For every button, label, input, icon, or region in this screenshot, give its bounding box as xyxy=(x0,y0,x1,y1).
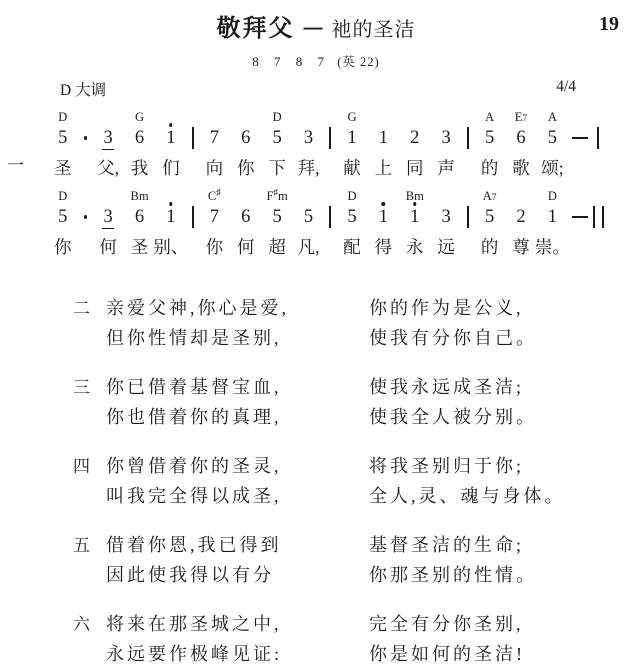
note-cell: E76歌 xyxy=(505,110,536,180)
verse-line: 使我永远成圣洁; xyxy=(369,372,632,402)
verses-section: 二亲爱父神,你心是爱,但你性情却是圣别,你的作为是公义,使我有分你自己。三你已借… xyxy=(73,293,632,668)
note-digit: 5 xyxy=(57,206,68,228)
note-digit: 3 xyxy=(102,206,113,229)
lyric-syllable: 的 xyxy=(481,229,499,259)
chord-label: A xyxy=(548,110,557,126)
note-digit: 3 xyxy=(441,206,452,228)
note-digit: 5 xyxy=(346,206,357,228)
verse-line: 使我有分你自己。 xyxy=(369,323,632,353)
meter-reference: (英 22) xyxy=(337,55,379,69)
chord-label: D xyxy=(548,189,557,205)
hymn-title: 敬拜父—祂的圣洁 xyxy=(0,8,632,43)
note-row: 6 xyxy=(240,126,251,150)
verse-number: 四 xyxy=(73,451,106,511)
barline xyxy=(329,127,331,149)
chord-label: A7 xyxy=(483,189,497,205)
note-cell: A75的 xyxy=(474,189,505,259)
note-row: 6 xyxy=(240,205,251,229)
score-line: D5你3何Bm6圣1别、C♯7你6何F♯m5超5凡,D5配1得Bm1永3远A75… xyxy=(47,189,604,259)
key-signature: D 大调 xyxy=(60,78,106,100)
chord-label: D xyxy=(347,189,356,205)
lyric-syllable: 颂; xyxy=(541,150,563,180)
meter: 8 7 8 7 xyxy=(252,54,330,69)
verse-line: 将我圣别归于你; xyxy=(369,451,632,481)
chord-label: Bm xyxy=(130,189,148,205)
note-cell: 6你 xyxy=(230,110,261,180)
note-digit: 1 xyxy=(409,206,420,228)
note-cell: A5颂; xyxy=(537,110,568,180)
held-note-cell xyxy=(568,189,592,259)
note-cell: G6我 xyxy=(124,110,155,180)
lyric-syllable: 你 xyxy=(54,229,72,259)
note-cell: 7向 xyxy=(199,110,230,180)
lyric-syllable: 何 xyxy=(99,229,117,259)
barline xyxy=(192,206,194,228)
verse-block: 四你曾借着你的圣灵,叫我完全得以成圣,将我圣别归于你;全人,灵、魂与身体。 xyxy=(73,451,632,511)
note-cell: D5你 xyxy=(47,189,78,259)
note-row xyxy=(597,126,599,150)
verse-left-column: 你已借着基督宝血,你也借着你的真理, xyxy=(106,372,369,432)
note-row: 5 xyxy=(272,205,283,229)
note-cell: D5下 xyxy=(261,110,292,180)
lyric-syllable: 的 xyxy=(481,150,499,180)
octave-dot xyxy=(169,123,173,127)
note-row xyxy=(593,205,604,229)
barline xyxy=(467,206,469,228)
barline-cell xyxy=(462,110,474,180)
barline-cell xyxy=(592,189,604,259)
note-row: 3 xyxy=(441,205,452,229)
lyric-syllable: 配 xyxy=(343,229,361,259)
barline-cell xyxy=(187,189,199,259)
verse-line: 全人,灵、魂与身体。 xyxy=(369,481,632,511)
note-digit: 5 xyxy=(272,206,283,228)
note-row: 6 xyxy=(134,126,145,150)
chord-label: F♯m xyxy=(267,189,288,205)
verse-line: 你已借着基督宝血, xyxy=(106,372,369,402)
verse-left-column: 借着你恩,我已得到因此使我得以有分 xyxy=(106,530,369,590)
note-digit: 6 xyxy=(134,127,145,149)
lyric-syllable: 我 xyxy=(131,150,149,180)
verse-block: 五借着你恩,我已得到因此使我得以有分基督圣洁的生命;你那圣别的性情。 xyxy=(73,530,632,590)
meter-line: 8 7 8 7 (英 22) xyxy=(0,52,632,70)
barline xyxy=(467,127,469,149)
time-signature: 4/4 xyxy=(556,78,576,100)
note-row: 5 xyxy=(303,205,314,229)
note-digit: 1 xyxy=(378,127,389,149)
verse-line: 借着你恩,我已得到 xyxy=(106,530,369,560)
note-cell: Bm1永 xyxy=(399,189,430,259)
note-cell: 2同 xyxy=(399,110,430,180)
chord-label: D xyxy=(58,110,67,126)
note-cell: 1得 xyxy=(368,189,399,259)
verse-line: 你的作为是公义, xyxy=(369,293,632,323)
note-digit: 5 xyxy=(303,206,314,228)
key-time-line: D 大调 4/4 xyxy=(60,78,576,100)
augmentation-dot-cell xyxy=(78,110,92,180)
note-digit: 5 xyxy=(547,127,558,149)
note-row: 5 xyxy=(272,126,283,150)
verse-line: 但你性情却是圣别, xyxy=(106,323,369,353)
title-dash: — xyxy=(304,18,323,39)
note-cell: 3远 xyxy=(430,189,461,259)
lyric-syllable: 得 xyxy=(375,229,393,259)
verse-right-column: 基督圣洁的生命;你那圣别的性情。 xyxy=(369,530,632,590)
verse-block: 二亲爱父神,你心是爱,但你性情却是圣别,你的作为是公义,使我有分你自己。 xyxy=(73,293,632,353)
verse-number: 五 xyxy=(73,530,106,590)
hymn-title-main: 敬拜父 xyxy=(217,15,295,42)
lyric-syllable: 上 xyxy=(375,150,393,180)
note-row: 2 xyxy=(409,126,420,150)
augmentation-dot-cell xyxy=(78,189,92,259)
held-note-cell xyxy=(568,110,592,180)
lyric-syllable: 超 xyxy=(268,229,286,259)
note-digit: 6 xyxy=(240,206,251,228)
octave-dot xyxy=(382,202,386,206)
note-digit: 5 xyxy=(484,127,495,149)
note-digit: 2 xyxy=(515,206,526,228)
verse-line: 使我全人被分别。 xyxy=(369,402,632,432)
note-row: 6 xyxy=(134,205,145,229)
note-digit: 1 xyxy=(165,127,176,149)
barline xyxy=(192,127,194,149)
note-digit: 5 xyxy=(484,206,495,228)
note-cell: 1上 xyxy=(368,110,399,180)
note-row: 5 xyxy=(484,126,495,150)
lyric-syllable: 别、 xyxy=(153,229,188,259)
verse-line: 因此使我得以有分 xyxy=(106,560,369,590)
chord-label: E7 xyxy=(515,110,527,126)
note-digit: 5 xyxy=(57,127,68,149)
note-cell: 1别、 xyxy=(155,189,186,259)
barline-cell xyxy=(324,110,336,180)
note-row: 5 xyxy=(57,205,68,229)
chord-label: D xyxy=(273,110,282,126)
note-row: 3 xyxy=(102,126,113,150)
note-row xyxy=(329,126,331,150)
final-double-barline xyxy=(593,206,604,228)
hymn-sheet: 19 敬拜父—祂的圣洁 8 7 8 7 (英 22) D 大调 4/4 一D5圣… xyxy=(0,8,632,668)
lyric-syllable: 永 xyxy=(406,229,424,259)
lyric-syllable: 同 xyxy=(406,150,424,180)
note-cell: 6何 xyxy=(230,189,261,259)
music-score: 一D5圣3父,G6我1们7向6你D5下3拜,G1献1上2同3声A5的E76歌A5… xyxy=(47,110,604,259)
lyric-syllable: 下 xyxy=(268,150,286,180)
note-row: 3 xyxy=(102,205,113,229)
lyric-syllable: 向 xyxy=(206,150,224,180)
verse-number: 二 xyxy=(73,293,106,353)
note-row: 3 xyxy=(303,126,314,150)
score-line: 一D5圣3父,G6我1们7向6你D5下3拜,G1献1上2同3声A5的E76歌A5… xyxy=(47,110,604,180)
note-cell: D1崇。 xyxy=(537,189,568,259)
verse-block: 三你已借着基督宝血,你也借着你的真理,使我永远成圣洁;使我全人被分别。 xyxy=(73,372,632,432)
lyric-syllable: 们 xyxy=(162,150,180,180)
note-row: 2 xyxy=(515,205,526,229)
note-row xyxy=(572,126,588,150)
note-cell: 3拜, xyxy=(293,110,324,180)
barline xyxy=(329,206,331,228)
verse-number: 六 xyxy=(73,609,106,668)
note-digit: 7 xyxy=(209,206,220,228)
lyric-syllable: 尊 xyxy=(512,229,530,259)
note-digit: 6 xyxy=(240,127,251,149)
note-row xyxy=(84,205,88,229)
chord-label: A xyxy=(485,110,494,126)
verse-line: 基督圣洁的生命; xyxy=(369,530,632,560)
note-digit: 1 xyxy=(378,206,389,228)
note-digit: 2 xyxy=(409,127,420,149)
lyric-syllable: 圣 xyxy=(131,229,149,259)
verse-left-column: 亲爱父神,你心是爱,但你性情却是圣别, xyxy=(106,293,369,353)
note-row: 1 xyxy=(378,126,389,150)
verse-line: 你那圣别的性情。 xyxy=(369,560,632,590)
note-row: 3 xyxy=(441,126,452,150)
verse-line: 叫我完全得以成圣, xyxy=(106,481,369,511)
verse-number: 三 xyxy=(73,372,106,432)
note-row: 1 xyxy=(165,126,176,150)
verse-right-column: 将我圣别归于你;全人,灵、魂与身体。 xyxy=(369,451,632,511)
note-row: 5 xyxy=(484,205,495,229)
barline-cell xyxy=(462,189,474,259)
note-cell: 3何 xyxy=(92,189,123,259)
note-digit: 3 xyxy=(303,127,314,149)
note-row: 1 xyxy=(409,205,420,229)
barline-cell xyxy=(592,110,604,180)
lyric-syllable: 父, xyxy=(97,150,119,180)
lyric-syllable: 拜, xyxy=(298,150,320,180)
verse-right-column: 完全有分你圣别,你是如何的圣洁! xyxy=(369,609,632,668)
note-digit: 7 xyxy=(209,127,220,149)
lyric-syllable: 声 xyxy=(437,150,455,180)
chord-label: C♯ xyxy=(208,189,221,205)
verse-left-column: 你曾借着你的圣灵,叫我完全得以成圣, xyxy=(106,451,369,511)
note-row: 5 xyxy=(346,205,357,229)
verse-line: 完全有分你圣别, xyxy=(369,609,632,639)
note-row: 5 xyxy=(547,126,558,150)
octave-dot xyxy=(169,202,173,206)
note-digit: 3 xyxy=(441,127,452,149)
augmentation-dot xyxy=(84,136,88,140)
note-row xyxy=(192,126,194,150)
lyric-syllable: 你 xyxy=(206,229,224,259)
lyric-syllable: 何 xyxy=(237,229,255,259)
note-digit: 3 xyxy=(102,127,113,150)
lyric-syllable: 献 xyxy=(343,150,361,180)
note-row: 6 xyxy=(515,126,526,150)
chord-label: G xyxy=(347,110,356,126)
note-row: 7 xyxy=(209,205,220,229)
note-cell: G1献 xyxy=(336,110,367,180)
lyric-syllable: 圣 xyxy=(54,150,72,180)
note-row: 1 xyxy=(378,205,389,229)
verse-line: 你是如何的圣洁! xyxy=(369,639,632,668)
verse-number-marker: 一 xyxy=(7,151,24,176)
page-number: 19 xyxy=(599,13,619,36)
verse-line: 永远要作极峰见证: xyxy=(106,639,369,668)
verse-right-column: 你的作为是公义,使我有分你自己。 xyxy=(369,293,632,353)
note-digit: 6 xyxy=(515,127,526,149)
hymn-title-subtitle: 祂的圣洁 xyxy=(332,19,416,41)
note-cell: F♯m5超 xyxy=(261,189,292,259)
note-cell: 3声 xyxy=(430,110,461,180)
verse-line: 将来在那圣城之中, xyxy=(106,609,369,639)
lyric-syllable: 凡, xyxy=(298,229,320,259)
note-cell: A5的 xyxy=(474,110,505,180)
verse-line: 亲爱父神,你心是爱, xyxy=(106,293,369,323)
lyric-syllable: 歌 xyxy=(512,150,530,180)
verse-line: 你曾借着你的圣灵, xyxy=(106,451,369,481)
barline-cell xyxy=(324,189,336,259)
barline xyxy=(597,127,599,149)
note-digit: 1 xyxy=(547,206,558,228)
note-digit: 1 xyxy=(165,206,176,228)
note-row: 1 xyxy=(346,126,357,150)
barline-cell xyxy=(187,110,199,180)
note-row: 1 xyxy=(165,205,176,229)
note-row xyxy=(467,205,469,229)
verse-right-column: 使我永远成圣洁;使我全人被分别。 xyxy=(369,372,632,432)
note-digit: 6 xyxy=(134,206,145,228)
note-cell: D5圣 xyxy=(47,110,78,180)
held-note-dash xyxy=(572,137,588,139)
lyric-syllable: 远 xyxy=(437,229,455,259)
note-cell: 1们 xyxy=(155,110,186,180)
lyric-syllable: 你 xyxy=(237,150,255,180)
note-row xyxy=(572,205,588,229)
chord-label: G xyxy=(135,110,144,126)
chord-label: D xyxy=(58,189,67,205)
verse-left-column: 将来在那圣城之中,永远要作极峰见证: xyxy=(106,609,369,668)
verse-line: 你也借着你的真理, xyxy=(106,402,369,432)
note-cell: C♯7你 xyxy=(199,189,230,259)
note-digit: 1 xyxy=(346,127,357,149)
verse-block: 六将来在那圣城之中,永远要作极峰见证:完全有分你圣别,你是如何的圣洁! xyxy=(73,609,632,668)
note-cell: D5配 xyxy=(336,189,367,259)
note-row: 1 xyxy=(547,205,558,229)
note-cell: Bm6圣 xyxy=(124,189,155,259)
note-row: 7 xyxy=(209,126,220,150)
note-cell: 5凡, xyxy=(293,189,324,259)
augmentation-dot xyxy=(84,215,88,219)
note-row xyxy=(192,205,194,229)
note-row xyxy=(329,205,331,229)
note-row xyxy=(467,126,469,150)
note-digit: 5 xyxy=(272,127,283,149)
octave-dot xyxy=(413,202,417,206)
note-row: 5 xyxy=(57,126,68,150)
note-cell: 2尊 xyxy=(505,189,536,259)
note-row xyxy=(84,126,88,150)
lyric-syllable: 崇。 xyxy=(535,229,570,259)
held-note-dash xyxy=(572,216,588,218)
note-cell: 3父, xyxy=(92,110,123,180)
